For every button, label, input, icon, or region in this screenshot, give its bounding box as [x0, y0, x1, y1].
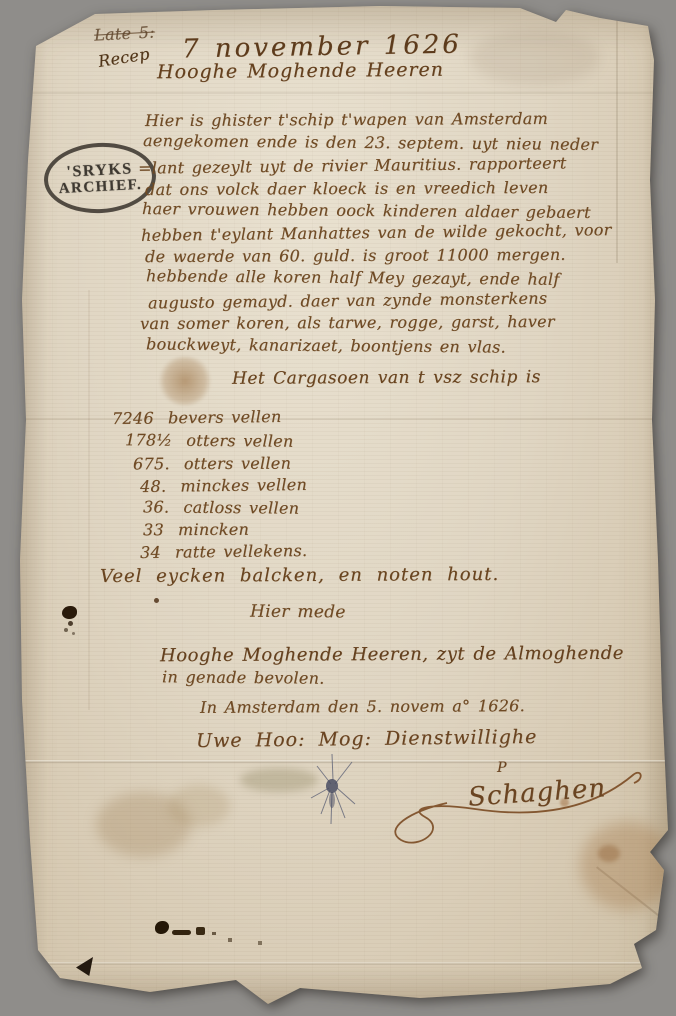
body-line: haer vrouwen hebben oock kinderen aldaer…: [142, 199, 591, 222]
cargo-row: 178½otters vellen: [125, 430, 294, 450]
archival-note: Late 5:: [94, 22, 156, 44]
cargo-qty: 7246: [112, 409, 154, 429]
cargo-desc: ratte vellekens.: [175, 541, 308, 562]
stamp-line-2: ARCHIEF.: [58, 176, 142, 196]
signature-initial: P: [497, 760, 507, 776]
cargo-desc: minckes vellen: [180, 475, 307, 496]
cargo-qty: 178½: [125, 430, 172, 449]
cargo-desc: otters vellen: [184, 454, 291, 474]
cargo-desc: otters vellen: [186, 431, 293, 451]
cargo-qty: 34: [140, 543, 161, 562]
cargo-row: 36.catloss vellen: [143, 497, 299, 517]
cargo-row: 675.otters vellen: [133, 454, 291, 474]
archive-stamp: 'SRYKS ARCHIEF.: [42, 140, 158, 216]
body-line: hebben t'eylant Manhattes van de wilde g…: [141, 220, 612, 245]
cargo-qty: 675.: [133, 454, 170, 473]
closing-transition: Hier mede: [250, 602, 346, 623]
closing-place-date: In Amsterdam den 5. novem a° 1626.: [200, 696, 525, 717]
closing-line: Hooghe Moghende Heeren, zyt de Almoghend…: [160, 643, 624, 666]
cargo-note: Veel eycken balcken, en noten hout.: [100, 564, 499, 587]
cargo-qty: 48.: [140, 477, 167, 496]
cargo-row: 7246bevers vellen: [112, 407, 282, 428]
body-line: bouckweyt, kanarizaet, boontjens en vlas…: [146, 334, 506, 356]
body-line: hebbende alle koren half Mey gezayt, end…: [146, 266, 560, 289]
cargo-desc: catloss vellen: [183, 498, 299, 518]
body-line: de waerde van 60. guld. is groot 11000 m…: [145, 245, 566, 266]
cargo-qty: 36.: [143, 497, 170, 516]
closing-line: in genade bevolen.: [162, 667, 325, 687]
body-line: aengekomen ende is den 23. septem. uyt n…: [143, 131, 598, 154]
received-note: Recep: [97, 44, 151, 71]
body-line: van somer koren, als tarwe, rogge, garst…: [140, 312, 555, 333]
cargo-row: 33mincken: [143, 520, 249, 540]
cargo-desc: mincken: [178, 520, 249, 539]
cargo-qty: 33: [143, 520, 164, 539]
scanned-letter-page: 'SRYKS ARCHIEF. Late 5: Recep 7 november…: [0, 0, 676, 1016]
body-line: augusto gemayd. daer van zynde monsterke…: [148, 289, 547, 313]
letter-content: 'SRYKS ARCHIEF. Late 5: Recep 7 november…: [0, 0, 676, 1016]
cargo-row: 34ratte vellekens.: [140, 541, 308, 562]
body-line: dat ons volck daer kloeck is en vreedich…: [145, 178, 549, 199]
body-line: =lant gezeylt uyt de rivier Mauritius. r…: [138, 153, 567, 177]
cargo-desc: bevers vellen: [168, 407, 282, 427]
cargo-row: 48.minckes vellen: [140, 475, 307, 496]
body-line: Hier is ghister t'schip t'wapen van Amst…: [145, 109, 548, 130]
cargo-heading: Het Cargasoen van t vsz schip is: [232, 367, 541, 389]
salutation: Hooghe Moghende Heeren: [157, 59, 444, 84]
